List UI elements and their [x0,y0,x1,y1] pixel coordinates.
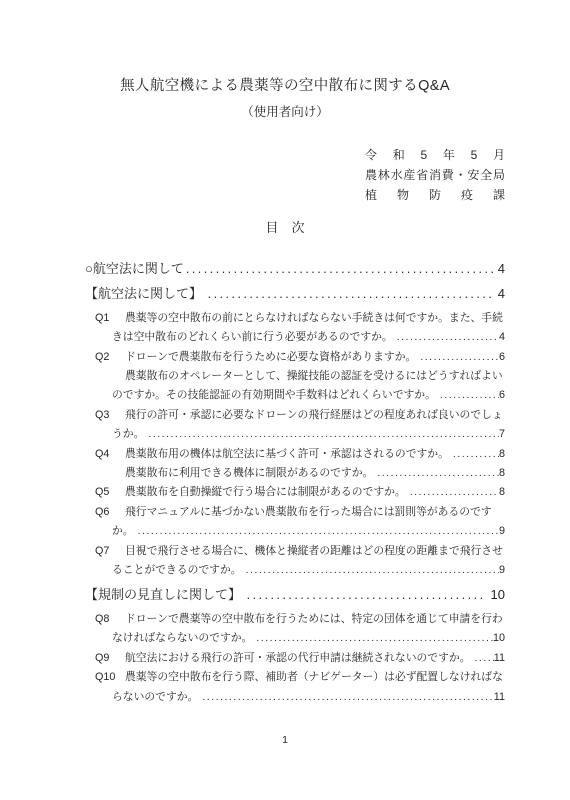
toc-question-number: Q6 [95,503,125,522]
byline-organization: 農林水産省消費・安全局 [365,165,505,185]
toc-dot-leader [246,561,499,580]
toc-question-entry-line: うか。7 [85,425,505,444]
toc-dot-leader [208,284,493,304]
toc-question-entry-line: Q6飛行マニュアルに基づかない農薬散布を行った場合には罰則等があるのです [85,503,505,522]
toc-entry-text: ドローンで農薬等の空中散布を行うためには、特定の団体を通じて申請を行わ [125,610,503,629]
toc-dot-leader [410,483,499,502]
toc-entry-label: 【規制の見直しに関して】 [85,585,245,604]
toc-question-entry-line: Q9航空法における飛行の許可・承認の代行申請は継続されないのですか。11 [85,649,505,668]
toc-dot-leader [247,585,486,605]
toc-heading: 目 次 [0,218,570,237]
toc-page-number: 9 [499,561,505,580]
toc-section-entry: ○航空法に関して4 [85,259,505,279]
toc-entry-label: 【航空法に関して】 [85,284,206,303]
toc-list: ○航空法に関して4【航空法に関して】 4Q1農薬等の空中散布の前にとらなければな… [85,259,505,707]
toc-entry-text: か。 [112,522,134,541]
toc-question-entry-line: らないのですか。11 [85,688,505,707]
toc-entry-text: のですか。その技能認証の有効期間や手数料はどれくらいですか。 [112,386,436,405]
toc-entry-text: 飛行の許可・承認に必要なドローンの飛行経歴はどの程度あれば良いのでしょ [125,406,503,425]
toc-dot-leader [420,348,499,367]
toc-entry-text: 農薬散布用の機体は航空法に基づく許可・承認はされるのですか。 [125,445,449,464]
toc-entry-text: らないのですか。 [112,688,198,707]
toc-entry-text: うか。 [112,425,144,444]
toc-question-number: Q5 [95,483,125,502]
toc-page-number: 7 [499,425,505,444]
toc-page-number: 9 [499,522,505,541]
toc-dot-leader [202,688,493,707]
page-title: 無人航空機による農薬等の空中散布に関するQ&A [0,76,570,96]
toc-sub-entry-line: 農薬散布のオペレーターとして、操縦技能の認証を受けるにはどうすればよい [85,367,505,386]
toc-entry-text: 農薬散布に利用できる機体に制限があるのですか。 [125,464,373,483]
toc-dot-leader [475,649,494,668]
toc-page-number: 10 [493,629,505,648]
toc-question-entry-line: Q1農薬等の空中散布の前にとらなければならない手続きは何ですか。また、手続 [85,309,505,328]
toc-question-entry-line: か。9 [85,522,505,541]
toc-page-number: 4 [499,328,505,347]
toc-entry-text: 目視で飛行させる場合に、機体と操縦者の距離はどの程度の距離まで飛行させ [125,542,503,561]
toc-page-number: 11 [494,688,505,707]
toc-question-entry-line: Q10農薬等の空中散布を行う際、補助者（ナビゲーター）は必ず配置しなければな [85,668,505,687]
toc-question-entry-line: Q7目視で飛行させる場合に、機体と操縦者の距離はどの程度の距離まで飛行させ [85,542,505,561]
toc-question-entry-line: Q8ドローンで農薬等の空中散布を行うためには、特定の団体を通じて申請を行わ [85,610,505,629]
toc-page-number: 11 [494,649,505,668]
toc-section-entry: 【規制の見直しに関して】 10 [85,585,505,605]
toc-page-number: 4 [493,259,505,278]
toc-question-entry-line: Q4農薬散布用の機体は航空法に基づく許可・承認はされるのですか。8 [85,445,505,464]
toc-question-entry-line: なければならないのですか。10 [85,629,505,648]
toc-question-number: Q9 [95,649,125,668]
toc-dot-leader [377,464,499,483]
toc-dot-leader [256,629,493,648]
toc-dot-leader [148,425,499,444]
toc-dot-leader [397,328,499,347]
toc-question-entry-line: Q5農薬散布を自動操縦で行う場合には制限があるのですか。8 [85,483,505,502]
toc-dot-leader [138,522,499,541]
byline-date: 令和5年5月 [365,145,505,165]
toc-section-entry: 【航空法に関して】 4 [85,284,505,304]
toc-page-number: 6 [499,386,505,405]
toc-sub-entry-line: 農薬散布に利用できる機体に制限があるのですか。8 [85,464,505,483]
toc-dot-leader [440,386,499,405]
toc-entry-text: 飛行マニュアルに基づかない農薬散布を行った場合には罰則等があるのです [125,503,492,522]
toc-question-entry-line: きは空中散布のどれくらい前に行う必要があるのですか。4 [85,328,505,347]
toc-page-number: 8 [499,464,505,483]
toc-page-number: 8 [499,483,505,502]
toc-question-number: Q4 [95,445,125,464]
toc-question-number: Q8 [95,610,125,629]
page-subtitle: （使用者向け） [0,104,570,121]
toc-question-number: Q1 [95,309,125,328]
byline-block: 令和5年5月 農林水産省消費・安全局 植物防疫課 [365,145,505,205]
toc-entry-text: 航空法における飛行の許可・承認の代行申請は継続されないのですか。 [125,649,471,668]
toc-sub-entry-line: のですか。その技能認証の有効期間や手数料はどれくらいですか。6 [85,386,505,405]
toc-question-number: Q2 [95,348,125,367]
toc-entry-text: きは空中散布のどれくらい前に行う必要があるのですか。 [112,328,393,347]
toc-entry-text: なければならないのですか。 [112,629,252,648]
toc-page-number: 6 [499,348,505,367]
toc-dot-leader [186,259,493,279]
toc-question-entry-line: Q3飛行の許可・承認に必要なドローンの飛行経歴はどの程度あれば良いのでしょ [85,406,505,425]
toc-entry-label: ○航空法に関して [85,259,184,278]
page-number: 1 [0,734,570,746]
toc-question-number: Q7 [95,542,125,561]
toc-question-number: Q3 [95,406,125,425]
toc-dot-leader [453,445,499,464]
document-page: 無人航空機による農薬等の空中散布に関するQ&A （使用者向け） 令和5年5月 農… [0,0,570,800]
toc-entry-text: 農薬散布を自動操縦で行う場合には制限があるのですか。 [125,483,406,502]
toc-page-number: 10 [486,585,505,604]
toc-page-number: 4 [493,284,505,303]
toc-question-entry-line: Q2ドローンで農薬散布を行うために必要な資格がありますか。6 [85,348,505,367]
toc-entry-text: ることができるのですか。 [112,561,242,580]
toc-entry-text: 農薬等の空中散布を行う際、補助者（ナビゲーター）は必ず配置しなければな [125,668,503,687]
toc-entry-text: 農薬等の空中散布の前にとらなければならない手続きは何ですか。また、手続 [125,309,503,328]
toc-entry-text: ドローンで農薬散布を行うために必要な資格がありますか。 [125,348,416,367]
toc-entry-text: 農薬散布のオペレーターとして、操縦技能の認証を受けるにはどうすればよい [125,367,503,386]
toc-question-entry-line: ることができるのですか。9 [85,561,505,580]
toc-question-number: Q10 [95,668,125,687]
byline-division: 植物防疫課 [365,185,505,205]
toc-page-number: 8 [499,445,505,464]
